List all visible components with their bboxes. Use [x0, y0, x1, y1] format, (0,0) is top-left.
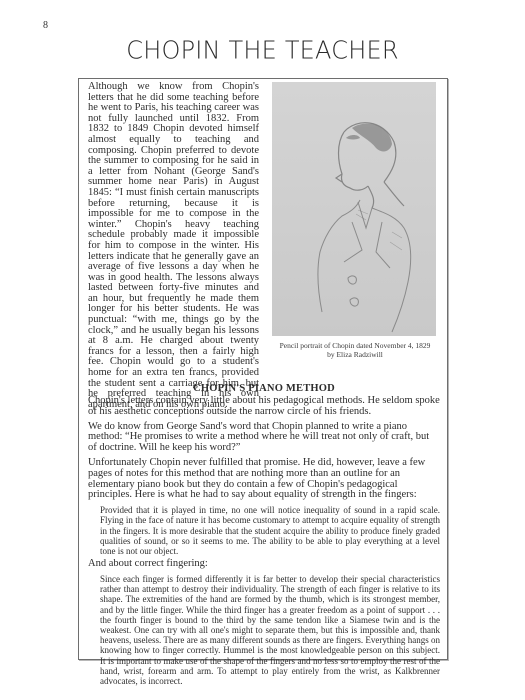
caption-line-1: Pencil portrait of Chopin dated November… [272, 341, 438, 350]
section-paragraph-2: We do know from George Sand's word that … [88, 422, 440, 454]
portrait-figure: Pencil portrait of Chopin dated November… [272, 82, 438, 359]
piano-method-section: CHOPIN'S PIANO METHOD Chopin's letters c… [88, 383, 440, 689]
portrait-image [272, 82, 436, 336]
section-paragraph-3: Unfortunately Chopin never fulfilled tha… [88, 458, 440, 501]
quote-correct-fingering: Since each finger is formed differently … [100, 574, 440, 686]
article-box: Although we know from Chopin's letters t… [78, 78, 448, 660]
section-paragraph-1: Chopin's letters contain very little abo… [88, 396, 440, 418]
portrait-sketch-icon [272, 82, 436, 336]
page-number: 8 [43, 20, 48, 31]
fingering-lead-in: And about correct fingering: [88, 559, 440, 570]
caption-line-2: by Eliza Radziwill [272, 350, 438, 359]
section-heading: CHOPIN'S PIANO METHOD [88, 383, 440, 395]
intro-paragraph: Although we know from Chopin's letters t… [88, 82, 259, 410]
page-title: CHOPIN THE TEACHER [0, 35, 525, 64]
portrait-caption: Pencil portrait of Chopin dated November… [272, 341, 438, 359]
quote-equality-of-strength: Provided that it is played in time, no o… [100, 505, 440, 556]
